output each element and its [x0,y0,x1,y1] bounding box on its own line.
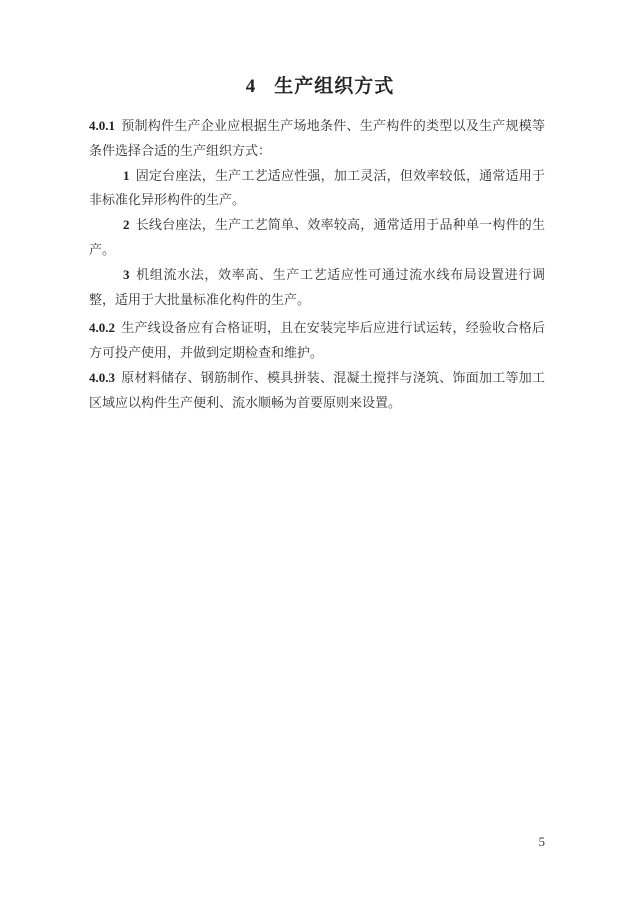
clause-4-0-3: 4.0.3原材料储存、钢筋制作、模具拼装、混凝土搅拌与浇筑、饰面加工等加工区域应… [89,366,545,416]
clause-4-0-3-text: 原材料储存、钢筋制作、模具拼装、混凝土搅拌与浇筑、饰面加工等加工区域应以构件生产… [89,370,545,410]
document-page: 4生产组织方式 4.0.1预制构件生产企业应根据生产场地条件、生产构件的类型以及… [0,0,640,906]
clause-4-0-1-label: 4.0.1 [89,118,121,133]
list-item-3: 3机组流水法，效率高、生产工艺适应性可通过流水线布局设置进行调整，适用于大批量标… [89,263,545,313]
clause-4-0-2: 4.0.2生产线设备应有合格证明，且在安装完毕后应进行试运转，经验收合格后方可投… [89,316,545,366]
clause-4-0-3-label: 4.0.3 [89,370,121,385]
clause-4-0-2-label: 4.0.2 [89,320,121,335]
page-number: 5 [539,834,546,850]
section-heading: 4生产组织方式 [0,0,640,98]
list-item-1-text: 固定台座法，生产工艺适应性强，加工灵活，但效率较低，通常适用于非标准化异形构件的… [89,168,545,208]
document-body: 4.0.1预制构件生产企业应根据生产场地条件、生产构件的类型以及生产规模等条件选… [89,114,545,416]
clause-4-0-1: 4.0.1预制构件生产企业应根据生产场地条件、生产构件的类型以及生产规模等条件选… [89,114,545,164]
list-item-2: 2长线台座法，生产工艺简单、效率较高，通常适用于品种单一构件的生产。 [89,213,545,263]
section-number: 4 [246,76,275,97]
section-title-text: 生产组织方式 [274,76,394,97]
list-item-1-number: 1 [123,168,136,183]
list-item-1: 1固定台座法，生产工艺适应性强，加工灵活，但效率较低，通常适用于非标准化异形构件… [89,164,545,214]
clause-4-0-1-text: 预制构件生产企业应根据生产场地条件、生产构件的类型以及生产规模等条件选择合适的生… [89,118,545,158]
list-item-2-text: 长线台座法，生产工艺简单、效率较高，通常适用于品种单一构件的生产。 [89,217,545,257]
list-item-3-text: 机组流水法，效率高、生产工艺适应性可通过流水线布局设置进行调整，适用于大批量标准… [89,267,545,307]
list-item-3-number: 3 [123,267,136,282]
clause-4-0-2-text: 生产线设备应有合格证明，且在安装完毕后应进行试运转，经验收合格后方可投产使用，并… [89,320,545,360]
list-item-2-number: 2 [123,217,136,232]
